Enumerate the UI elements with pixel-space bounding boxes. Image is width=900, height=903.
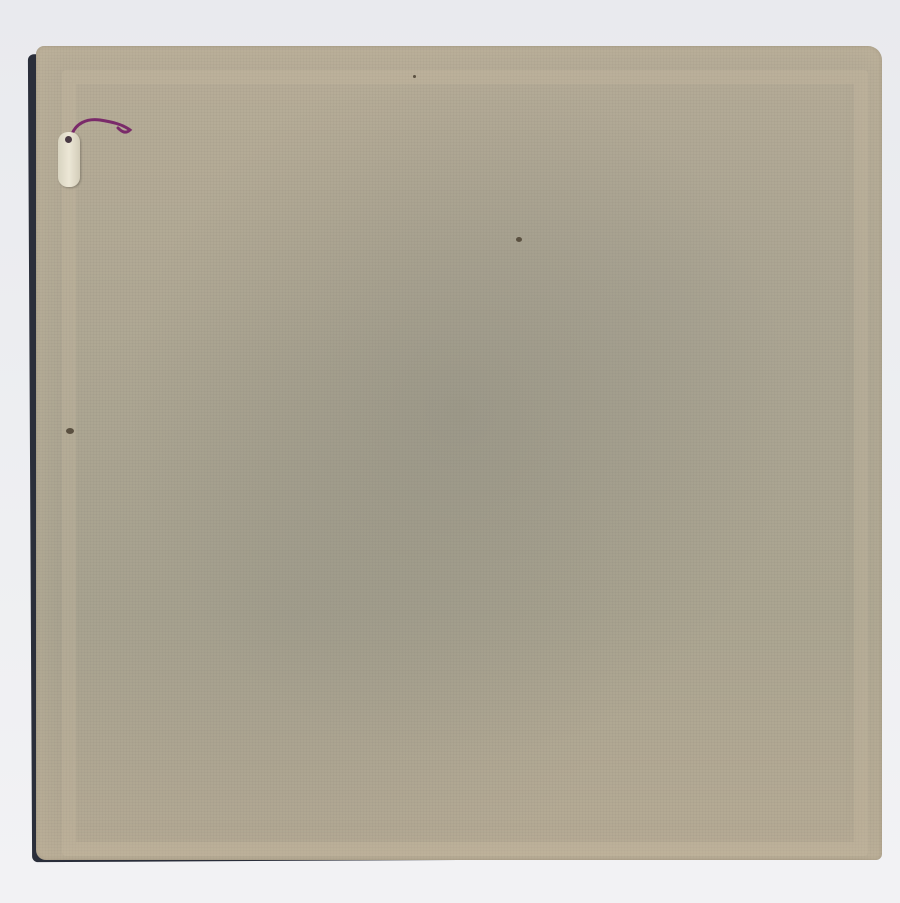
stain-spot bbox=[413, 75, 416, 78]
stain-spot bbox=[516, 237, 522, 242]
tag-hole bbox=[65, 136, 72, 143]
paper-tag bbox=[58, 132, 80, 187]
stain-spot bbox=[66, 428, 74, 434]
faded-border-band bbox=[62, 70, 868, 856]
